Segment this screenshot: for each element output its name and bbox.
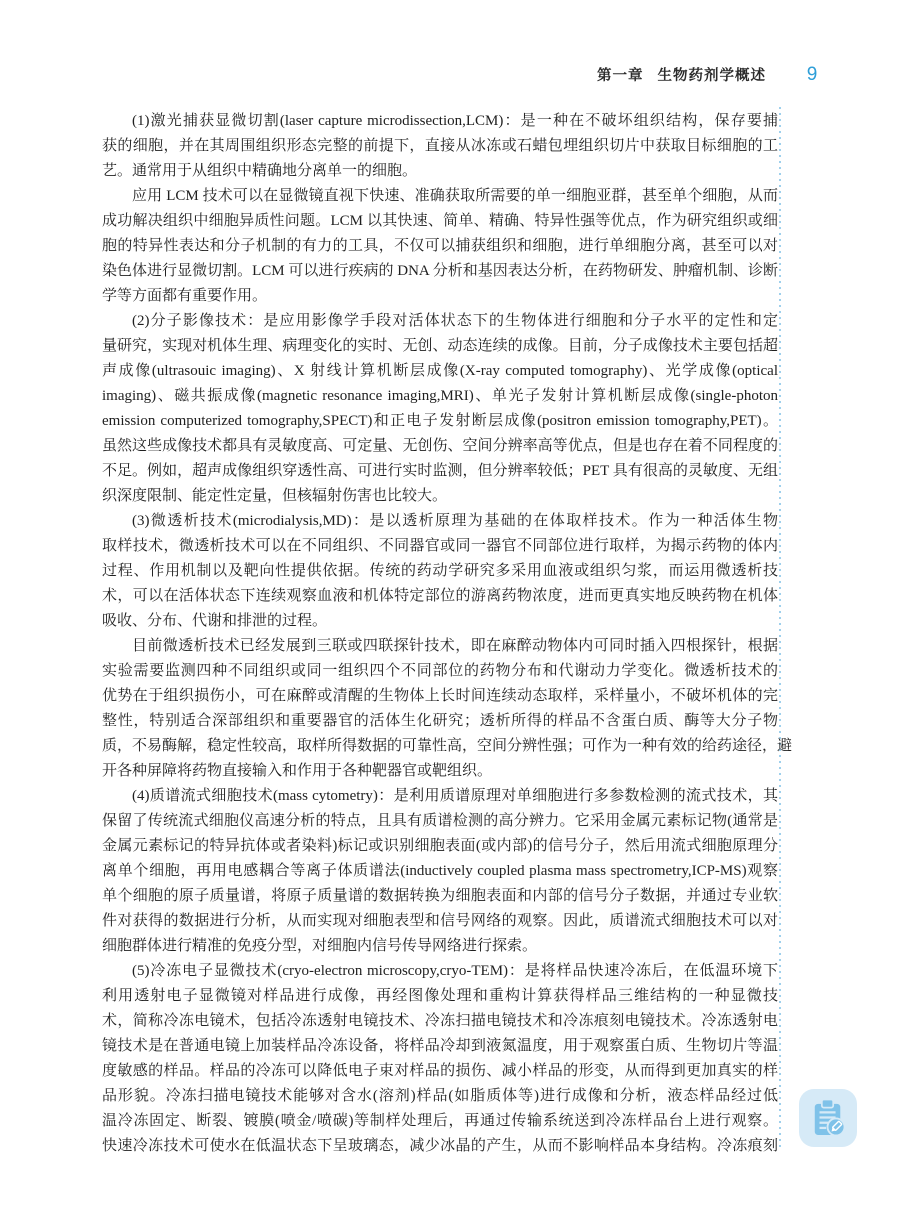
body-text: (1)激光捕获显微切割(laser capture microdissectio… — [102, 109, 778, 1159]
text-line: 利用透射电子显微镜对样品进行成像，再经图像处理和重构计算获得样品三维结构的一种显… — [102, 984, 778, 1009]
text-line: (5)冷冻电子显微技术(cryo-electron microscopy,cry… — [102, 959, 778, 984]
text-line: 应用 LCM 技术可以在显微镜直视下快速、准确获取所需要的单一细胞亚群，甚至单个… — [102, 184, 778, 209]
text-line: 虽然这些成像技术都具有灵敏度高、可定量、无创伤、空间分辨率高等优点，但是也存在着… — [102, 434, 778, 459]
page-number: 9 — [806, 64, 818, 86]
paragraph: (4)质谱流式细胞技术(mass cytometry)：是利用质谱原理对单细胞进… — [102, 784, 778, 959]
text-line: (2)分子影像技术：是应用影像学手段对活体状态下的生物体进行细胞和分子水平的定性… — [102, 309, 778, 334]
dotted-margin-rule — [779, 107, 781, 1148]
text-line: 件对获得的数据进行分析，从而实现对细胞表型和信号网络的观察。因此，质谱流式细胞技… — [102, 909, 778, 934]
text-line: 声成像(ultrasouic imaging)、X 射线计算机断层成像(X-ra… — [102, 359, 778, 384]
text-line: 染色体进行显微切割。LCM 可以进行疾病的 DNA 分析和基因表达分析，在药物研… — [102, 259, 778, 284]
text-line: 目前微透析技术已经发展到三联或四联探针技术，即在麻醉动物体内可同时插入四根探针，… — [102, 634, 778, 659]
text-line: 术，可以在活体状态下连续观察血液和机体特定部位的游离药物浓度，进而更真实地反映药… — [102, 584, 778, 609]
text-line: 开各种屏障将药物直接输入和作用于各种靶器官或靶组织。 — [102, 759, 778, 784]
clipboard-pencil-glyph — [811, 1098, 845, 1138]
chapter-label: 第一章 — [597, 64, 644, 85]
paragraph: (3)微透析技术(microdialysis,MD)：是以透析原理为基础的在体取… — [102, 509, 778, 634]
paragraph: 目前微透析技术已经发展到三联或四联探针技术，即在麻醉动物体内可同时插入四根探针，… — [102, 634, 778, 784]
chapter-title: 生物药剂学概述 — [658, 64, 767, 85]
text-line: 优势在于组织损伤小，可在麻醉或清醒的生物体上长时间连续动态取样，采样量小，不破坏… — [102, 684, 778, 709]
text-line: 温冷冻固定、断裂、镀膜(喷金/喷碳)等制样处理后，再通过传输系统送到冷冻样品台上… — [102, 1109, 778, 1134]
text-line: 单个细胞的原子质量谱，将原子质量谱的数据转换为细胞表面和内部的信号分子数据，并通… — [102, 884, 778, 909]
text-line: 快速冷冻技术可使水在低温状态下呈玻璃态，减少冰晶的产生，从而不影响样品本身结构。… — [102, 1134, 778, 1159]
text-line: 织深度限制、能定性定量，但核辐射伤害也比较大。 — [102, 484, 778, 509]
text-line: 胞的特异性表达和分子机制的有力的工具，不仅可以捕获组织和细胞，进行单细胞分离，甚… — [102, 234, 778, 259]
text-line: 成功解决组织中细胞异质性问题。LCM 以其快速、简单、精确、特异性强等优点，作为… — [102, 209, 778, 234]
paragraph: 应用 LCM 技术可以在显微镜直视下快速、准确获取所需要的单一细胞亚群，甚至单个… — [102, 184, 778, 309]
text-line: 整性，特别适合深部组织和重要器官的活体生化研究；透析所得的样品不含蛋白质、酶等大… — [102, 709, 778, 734]
text-line: 实验需要监测四种不同组织或同一组织四个不同部位的药物分布和代谢动力学变化。微透析… — [102, 659, 778, 684]
text-line: emission computerized tomography,SPECT)和… — [102, 409, 778, 434]
text-line: 取样技术，微透析技术可以在不同组织、不同器官或同一器官不同部位进行取样，为揭示药… — [102, 534, 778, 559]
text-line: 艺。通常用于从组织中精确地分离单一的细胞。 — [102, 159, 778, 184]
text-line: 吸收、分布、代谢和排泄的过程。 — [102, 609, 778, 634]
text-line: 品形貌。冷冻扫描电镜技术能够对含水(溶剂)样品(如脂质体等)进行成像和分析，液态… — [102, 1084, 778, 1109]
text-line: (4)质谱流式细胞技术(mass cytometry)：是利用质谱原理对单细胞进… — [102, 784, 778, 809]
text-line: 不足。例如，超声成像组织穿透性高、可进行实时监测，但分辨率较低；PET 具有很高… — [102, 459, 778, 484]
book-page: 第一章 生物药剂学概述 9 (1)激光捕获显微切割(laser capture … — [0, 0, 900, 1231]
text-line: 过程、作用机制以及靶向性提供依据。传统的药动学研究多采用血液或组织匀浆，而运用微… — [102, 559, 778, 584]
text-line: 离单个细胞，再用电感耦合等离子体质谱法(inductively coupled … — [102, 859, 778, 884]
text-line: 金属元素标记的特异抗体或者染料)标记或识别细胞表面(或内部)的信号分子，然后用流… — [102, 834, 778, 859]
text-line: 度敏感的样品。样品的冷冻可以降低电子束对样品的损伤、减小样品的形变，从而得到更加… — [102, 1059, 778, 1084]
text-line: 获的细胞，并在其周围组织形态完整的前提下，直接从冰冻或石蜡包埋组织切片中获取目标… — [102, 134, 778, 159]
paragraph: (1)激光捕获显微切割(laser capture microdissectio… — [102, 109, 778, 184]
text-line: 镜技术是在普通电镜上加装样品冷冻设备，将样品冷却到液氮温度，用于观察蛋白质、生物… — [102, 1034, 778, 1059]
clipboard-pencil-icon — [799, 1089, 857, 1147]
text-line: 质，不易酶解，稳定性较高，取样所得数据的可靠性高，空间分辨性强；可作为一种有效的… — [102, 734, 778, 759]
paragraph: (5)冷冻电子显微技术(cryo-electron microscopy,cry… — [102, 959, 778, 1159]
page-header: 第一章 生物药剂学概述 9 — [0, 64, 818, 86]
text-line: 学等方面都有重要作用。 — [102, 284, 778, 309]
text-line: (1)激光捕获显微切割(laser capture microdissectio… — [102, 109, 778, 134]
text-line: 细胞群体进行精准的免疫分型，对细胞内信号传导网络进行探索。 — [102, 934, 778, 959]
text-line: 术，简称冷冻电镜术，包括冷冻透射电镜技术、冷冻扫描电镜技术和冷冻痕刻电镜技术。冷… — [102, 1009, 778, 1034]
text-line: 保留了传统流式细胞仪高速分析的特点，且具有质谱检测的高分辨力。它采用金属元素标记… — [102, 809, 778, 834]
text-line: imaging)、磁共振成像(magnetic resonance imagin… — [102, 384, 778, 409]
text-line: 量研究，实现对机体生理、病理变化的实时、无创、动态连续的成像。目前，分子成像技术… — [102, 334, 778, 359]
text-line: (3)微透析技术(microdialysis,MD)：是以透析原理为基础的在体取… — [102, 509, 778, 534]
paragraph: (2)分子影像技术：是应用影像学手段对活体状态下的生物体进行细胞和分子水平的定性… — [102, 309, 778, 509]
